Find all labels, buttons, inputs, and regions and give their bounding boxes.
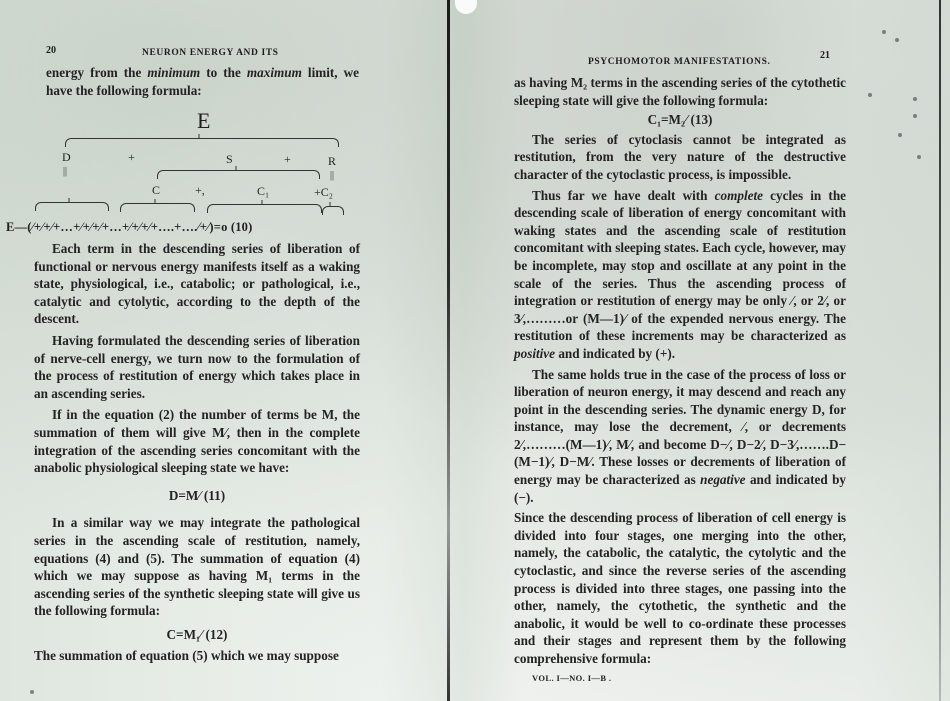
print-speck xyxy=(868,93,872,97)
text: Thus far we have dealt with xyxy=(532,188,715,203)
paragraph: Having formulated the descending series … xyxy=(34,332,360,402)
emphasis-positive: positive xyxy=(514,346,555,361)
book-spine xyxy=(447,0,450,701)
left-body: Each term in the descending series of li… xyxy=(34,240,360,665)
print-speck xyxy=(898,133,902,137)
paragraph: Since the descending process of liberati… xyxy=(514,509,846,667)
formula-S: S xyxy=(226,152,233,167)
paragraph: The series of cytoclasis cannot be integ… xyxy=(514,131,846,184)
text: The same holds true in the case of the p… xyxy=(514,367,846,488)
print-speck xyxy=(882,30,886,34)
formula-series: E—(⁄+⁄+⁄+…+⁄+⁄+⁄+…+⁄+⁄+⁄+….+….⁄+⁄)=o (10… xyxy=(6,220,253,235)
equation-12: C=M₁⁄ (12) xyxy=(34,626,360,644)
emphasis-minimum: minimum xyxy=(147,65,200,80)
print-speck xyxy=(913,97,917,101)
brace xyxy=(35,202,109,211)
equation-11: D=M⁄ (11) xyxy=(34,487,360,505)
paragraph: The summation of equation (5) which we m… xyxy=(34,647,360,665)
formula-C1: C₁ xyxy=(257,184,269,199)
emphasis-complete: complete xyxy=(715,188,763,203)
text: to the xyxy=(200,65,247,80)
paragraph: The same holds true in the case of the p… xyxy=(514,366,846,507)
text: energy from the xyxy=(46,65,147,80)
formula-plus: + xyxy=(128,150,135,165)
brace xyxy=(157,170,320,179)
paragraph: Thus far we have dealt with complete cyc… xyxy=(514,187,846,363)
brace xyxy=(120,203,195,212)
formula-D: D xyxy=(62,150,71,165)
formula-C: C xyxy=(152,183,160,198)
running-head: PSYCHOMOTOR MANIFESTATIONS. xyxy=(588,57,770,67)
running-head: NEURON ENERGY AND ITS xyxy=(142,48,279,58)
brace xyxy=(65,138,339,147)
paragraph: as having M₂ terms in the ascending seri… xyxy=(514,74,846,109)
formula-plus: +, xyxy=(195,183,205,198)
formula-plus: + xyxy=(284,152,291,167)
page-edge xyxy=(939,0,941,701)
brace xyxy=(322,206,344,215)
equation-13: C₁=M₂⁄ (13) xyxy=(514,111,846,129)
page-number: 21 xyxy=(820,50,830,61)
formula-R: R xyxy=(328,154,336,169)
brace xyxy=(207,204,322,213)
paragraph: Each term in the descending series of li… xyxy=(34,240,360,328)
formula-C2: +C₂ xyxy=(314,185,333,200)
emphasis-negative: negative xyxy=(700,472,745,487)
intro-paragraph: energy from the minimum to the maximum l… xyxy=(46,64,359,99)
print-speck xyxy=(30,690,34,694)
paragraph: If in the equation (2) the number of ter… xyxy=(34,406,360,476)
text: and indicated by (+). xyxy=(555,346,675,361)
formula-equal-mark: || xyxy=(330,170,334,181)
paragraph: In a similar way we may integrate the pa… xyxy=(34,514,360,620)
formula-equal-mark: || xyxy=(63,166,67,177)
right-body: as having M₂ terms in the ascending seri… xyxy=(514,74,846,687)
emphasis-maximum: maximum xyxy=(247,65,302,80)
page-number: 20 xyxy=(46,45,56,56)
energy-formula: E D + S + R || || C +, C₁ +C₂ E—(⁄+⁄+⁄+…… xyxy=(0,108,400,243)
print-speck xyxy=(917,155,921,159)
print-speck xyxy=(895,38,899,42)
print-speck xyxy=(913,114,917,118)
text: cycles in the descending scale of libera… xyxy=(514,188,846,344)
signature-mark: VOL. I—NO. I—B . xyxy=(514,670,846,688)
formula-E: E xyxy=(197,108,210,134)
